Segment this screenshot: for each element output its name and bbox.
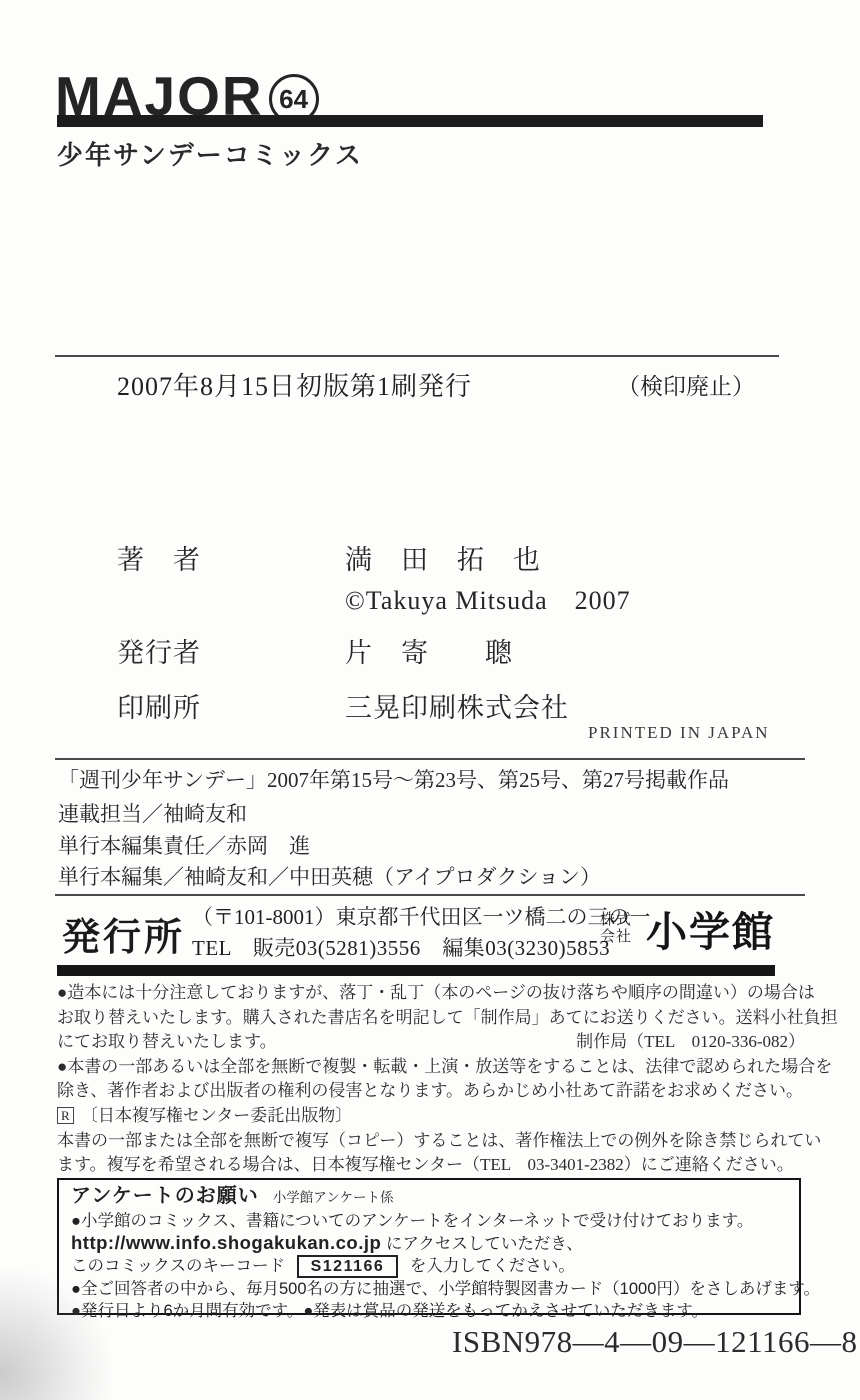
copyright-notice-line: 除き、著作者および出版者の権利の侵害となります。あらかじめ小社あて許諾をお求めく… [57, 1079, 805, 1104]
survey-title: アンケートのお願い [71, 1184, 259, 1208]
keycode-value: S121166 [297, 1255, 399, 1278]
legal-notices: ●造本には十分注意しておりますが、落丁・乱丁（本のページの抜け落ちや順序の間違い… [57, 981, 805, 1178]
survey-intro-line: ●小学館のコミックス、書籍についてのアンケートをインターネットで受け付けておりま… [71, 1210, 787, 1232]
edition-note: （検印廃止） [617, 368, 755, 401]
isbn-number: ISBN978—4—09—121166—8 [452, 1324, 857, 1360]
serialization-source: 「週刊少年サンデー」2007年第15号～第23号、第25号、第27号掲載作品 [58, 764, 729, 794]
photocopy-notice-line: ます。複写を希望される場合は、日本複写権センター（TEL 03-3401-238… [57, 1153, 805, 1178]
tankobon-chief-editor: 単行本編集責任／赤岡 進 [58, 830, 310, 860]
publishing-house-label: 発行所 [62, 906, 185, 961]
survey-url-line: http://www.info.shogakukan.co.jp にアクセスして… [71, 1232, 787, 1255]
serialization-divider-top [55, 758, 805, 760]
survey-box: アンケートのお願い 小学館アンケート係 ●小学館のコミックス、書籍についてのアン… [57, 1178, 801, 1315]
survey-department: 小学館アンケート係 [273, 1186, 394, 1210]
publishing-house-tel: TEL 販売03(5281)3556 編集03(3230)5853 [192, 932, 610, 962]
publishing-house-address: （〒101-8001）東京都千代田区一ツ橋二の三の一 [192, 901, 651, 931]
author-name: 満 田 拓 也 [345, 538, 541, 577]
reprography-rights-label: 〔日本複写権センター委託出版物〕 [81, 1106, 352, 1125]
printer-name: 三晃印刷株式会社 [345, 686, 569, 725]
survey-prize-line: ●全ご回答者の中から、毎月500名の方に抽選で、小学館特製図書カード（1000円… [71, 1278, 787, 1300]
corporation-type: 株式 会社 [600, 911, 632, 945]
copyright-line: ©Takuya Mitsuda 2007 [345, 580, 631, 617]
keycode-suffix: を入力してください。 [410, 1257, 575, 1275]
publishing-house-name: 小学館 [646, 899, 775, 958]
serialization-editor: 連載担当／袖崎友和 [58, 798, 247, 828]
edition-date: 2007年8月15日初版第1刷発行 [117, 366, 472, 403]
survey-validity-line: ●発行日より6か月間有効です。●発表は賞品の発送をもってかえさせていただきます。 [71, 1300, 787, 1322]
photocopy-notice-line: 本書の一部または全部を無断で複写（コピー）することは、著作権法上での例外を除き禁… [57, 1129, 805, 1154]
title-divider [57, 115, 763, 127]
survey-keycode-line: このコミックスのキーコード S121166 を入力してください。 [71, 1255, 787, 1278]
copyright-notice-line: ●本書の一部あるいは全部を無断で複製・転載・上演・放送等をすることは、法律で認め… [57, 1055, 805, 1080]
publisher-label: 発行者 [117, 631, 201, 670]
volume-number: 64 [279, 84, 308, 115]
survey-url-suffix: にアクセスしていただき、 [386, 1235, 583, 1253]
colophon-page: MAJOR 64 少年サンデーコミックス 2007年8月15日初版第1刷発行 （… [0, 0, 860, 1400]
registered-mark-icon: R [57, 1107, 74, 1124]
defect-notice-line: ●造本には十分注意しておりますが、落丁・乱丁（本のページの抜け落ちや順序の間違い… [57, 981, 805, 1006]
edition-divider [55, 355, 779, 357]
survey-title-row: アンケートのお願い 小学館アンケート係 [71, 1184, 787, 1210]
reprography-rights-line: R 〔日本複写権センター委託出版物〕 [57, 1104, 805, 1129]
survey-url: http://www.info.shogakukan.co.jp [71, 1232, 381, 1253]
serialization-divider-bottom [55, 894, 805, 896]
printer-label: 印刷所 [117, 686, 201, 725]
printed-in-japan: PRINTED IN JAPAN [588, 723, 770, 743]
publishing-house-divider [57, 965, 775, 976]
tankobon-editors: 単行本編集／袖崎友和／中田英穂（アイプロダクション） [58, 861, 601, 891]
scan-artifact [0, 1270, 110, 1400]
author-label: 著 者 [117, 538, 201, 577]
defect-notice-line: にてお取り替えいたします。 制作局（TEL 0120-336-082） [57, 1030, 805, 1055]
defect-notice-left: にてお取り替えいたします。 [57, 1030, 277, 1055]
defect-notice-line: お取り替えいたします。購入された書店名を明記して「制作局」あてにお送りください。… [57, 1006, 805, 1031]
series-name: 少年サンデーコミックス [57, 135, 363, 172]
publisher-name: 片 寄 聰 [345, 631, 513, 670]
production-bureau-contact: 制作局（TEL 0120-336-082） [576, 1030, 805, 1055]
